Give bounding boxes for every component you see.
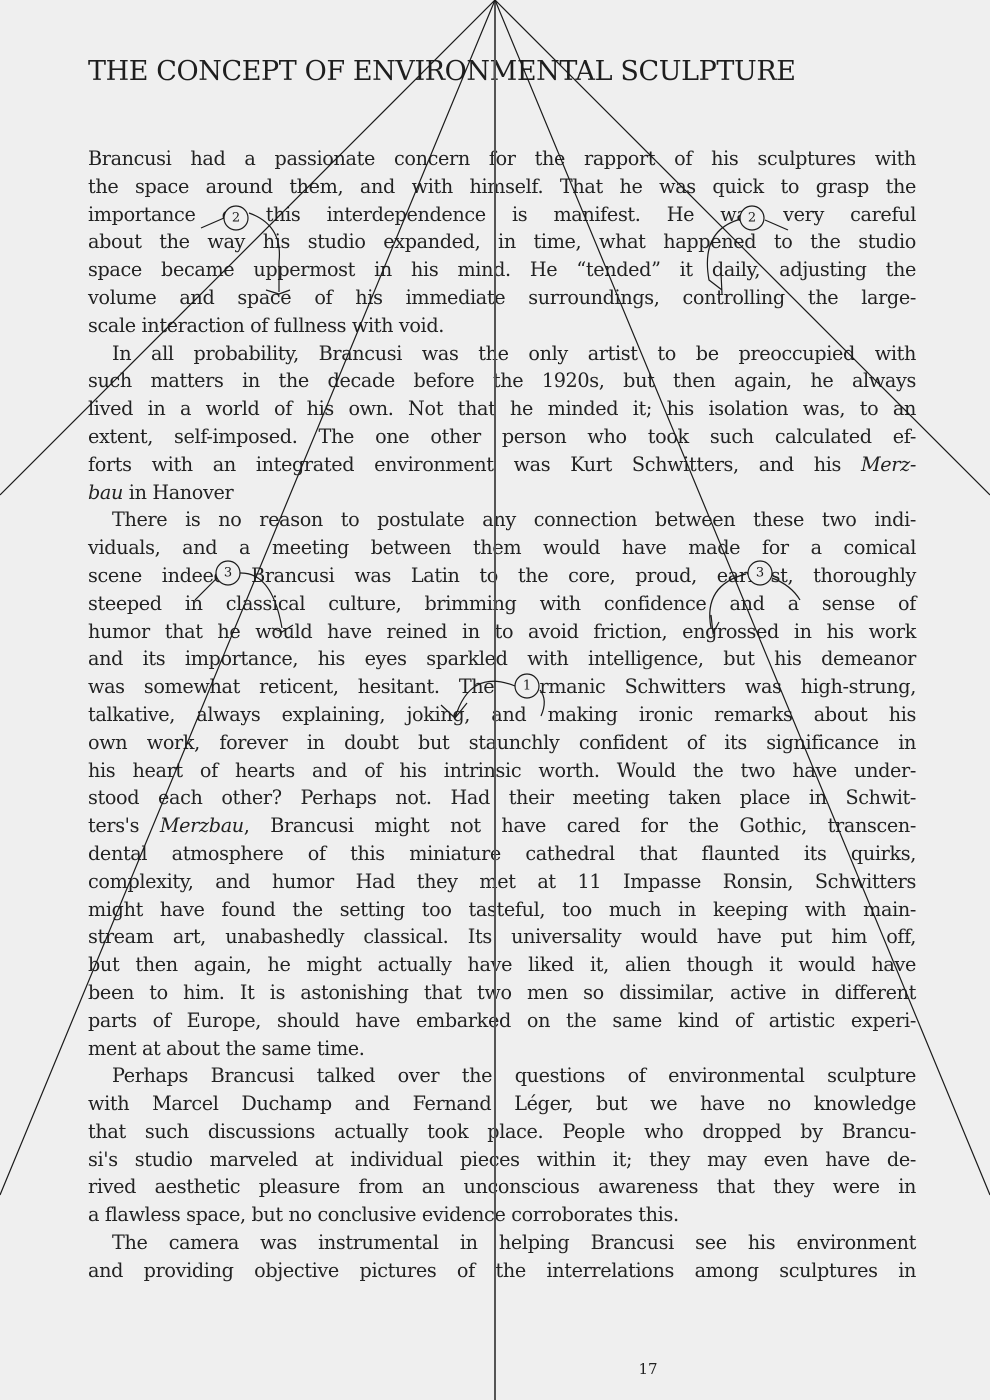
text-line: and providing objective pictures of the … — [88, 1257, 916, 1285]
text-line: the space around them, and with himself.… — [88, 173, 916, 201]
text-line: that such discussions actually took plac… — [88, 1118, 916, 1146]
text-line: forts with an integrated environment was… — [88, 451, 916, 479]
text-line: a flawless space, but no conclusive evid… — [88, 1201, 916, 1229]
text-line: steeped in classical culture, brimming w… — [88, 590, 916, 618]
text-line: si's studio marveled at individual piece… — [88, 1146, 916, 1174]
text-line: rived aesthetic pleasure from an unconsc… — [88, 1173, 916, 1201]
text-line: such matters in the decade before the 19… — [88, 367, 916, 395]
text-line: own work, forever in doubt but staunchly… — [88, 729, 916, 757]
text-line: ment at about the same time. — [88, 1035, 916, 1063]
text-line: complexity, and humor Had they met at 11… — [88, 868, 916, 896]
text-line: his heart of hearts and of his intrinsic… — [88, 757, 916, 785]
text-line: humor that he would have reined in to av… — [88, 618, 916, 646]
text-line: scene indeed. Brancusi was Latin to the … — [88, 562, 916, 590]
text-line: about the way his studio expanded, in ti… — [88, 228, 916, 256]
text-line: importance of this interdependence is ma… — [88, 201, 916, 229]
text-line: was somewhat reticent, hesitant. The Ger… — [88, 673, 916, 701]
text-line: There is no reason to postulate any conn… — [88, 506, 916, 534]
text-line: stood each other? Perhaps not. Had their… — [88, 784, 916, 812]
text-line: Perhaps Brancusi talked over the questio… — [88, 1062, 916, 1090]
body-text: Brancusi had a passionate concern for th… — [88, 145, 916, 1285]
page-number: 17 — [0, 1360, 990, 1378]
text-line: Brancusi had a passionate concern for th… — [88, 145, 916, 173]
italic-title: Merz- — [861, 453, 916, 476]
text-line: been to him. It is astonishing that two … — [88, 979, 916, 1007]
text-line: extent, self-imposed. The one other pers… — [88, 423, 916, 451]
text-line: talkative, always explaining, joking, an… — [88, 701, 916, 729]
text-line: with Marcel Duchamp and Fernand Léger, b… — [88, 1090, 916, 1118]
text-line: lived in a world of his own. Not that he… — [88, 395, 916, 423]
text-line: volume and space of his immediate surrou… — [88, 284, 916, 312]
text-line: dental atmosphere of this miniature cath… — [88, 840, 916, 868]
text-line: bau in Hanover — [88, 479, 916, 507]
text-line: but then again, he might actually have l… — [88, 951, 916, 979]
italic-title: bau — [88, 481, 123, 504]
text-line: space became uppermost in his mind. He “… — [88, 256, 916, 284]
italic-title: Merzbau — [160, 814, 244, 837]
text-line: viduals, and a meeting between them woul… — [88, 534, 916, 562]
text-line: scale interaction of fullness with void. — [88, 312, 916, 340]
text-line: might have found the setting too tastefu… — [88, 896, 916, 924]
text-line: ters's Merzbau, Brancusi might not have … — [88, 812, 916, 840]
text-line: The camera was instrumental in helping B… — [88, 1229, 916, 1257]
text-line: parts of Europe, should have embarked on… — [88, 1007, 916, 1035]
text-line: and its importance, his eyes sparkled wi… — [88, 645, 916, 673]
text-line: stream art, unabashedly classical. Its u… — [88, 923, 916, 951]
text-line: In all probability, Brancusi was the onl… — [88, 340, 916, 368]
page-title: THE CONCEPT OF ENVIRONMENTAL SCULPTURE — [88, 56, 918, 87]
